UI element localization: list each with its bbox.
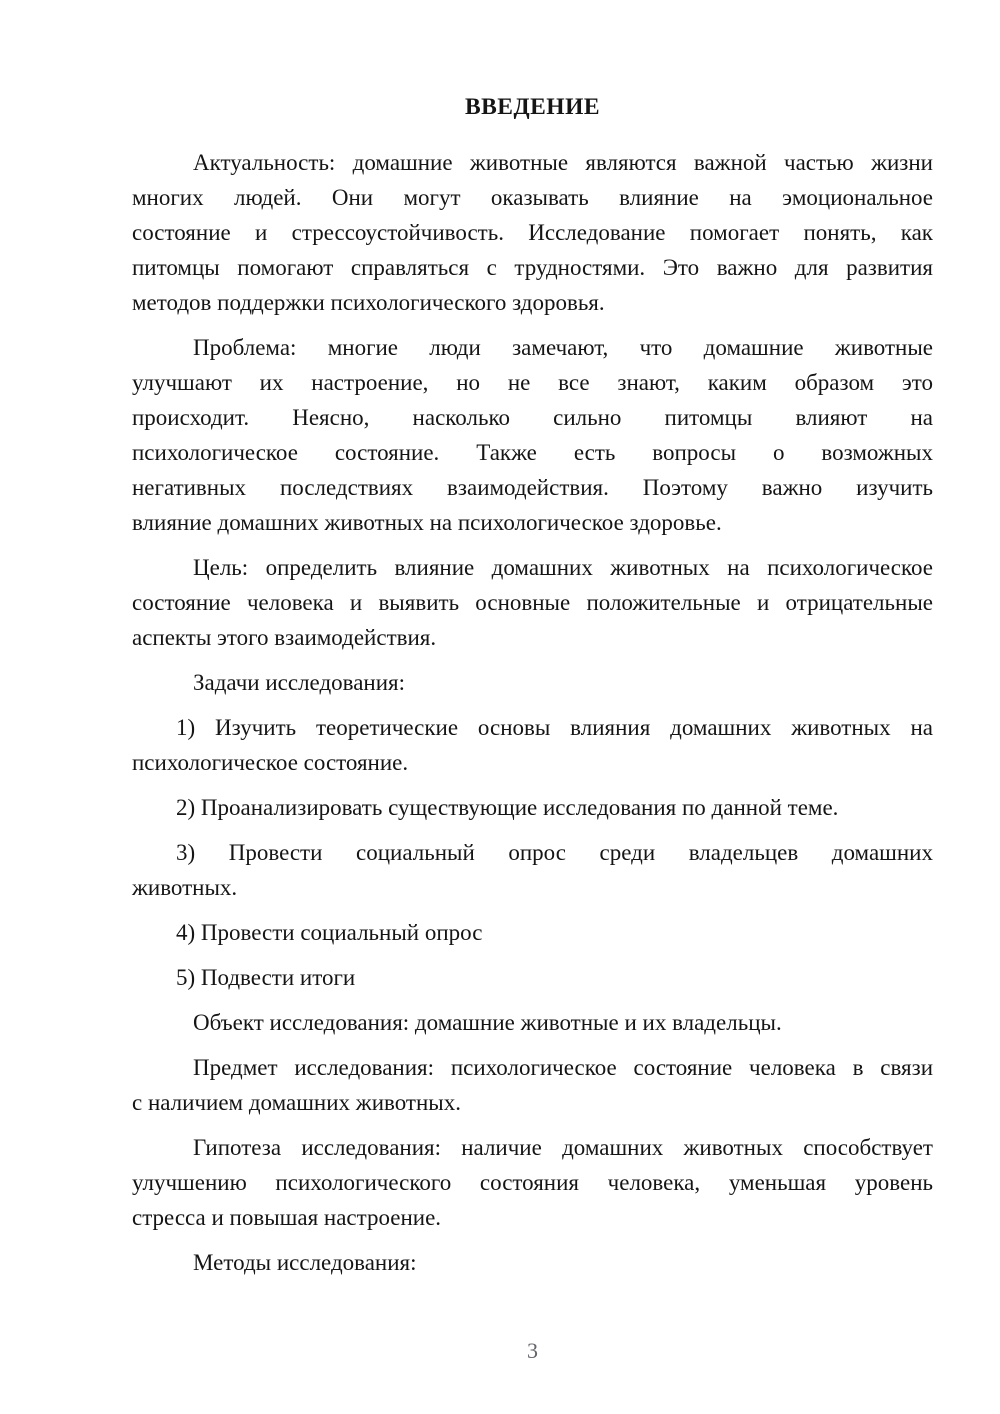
paragraph-line: методов поддержки психологического здоро… <box>132 285 933 320</box>
paragraph: Цель: определить влияние домашних животн… <box>132 550 933 655</box>
paragraph-line: Цель: определить влияние домашних животн… <box>132 550 933 585</box>
paragraph-line: психологическое состояние. <box>132 745 933 780</box>
paragraph-line: улучшению психологического состояния чел… <box>132 1165 933 1200</box>
paragraph: 1) Изучить теоретические основы влияния … <box>132 710 933 780</box>
paragraph: Проблема: многие люди замечают, что дома… <box>132 330 933 540</box>
paragraph-line: питомцы помогают справляться с трудностя… <box>132 250 933 285</box>
page-content: ВВЕДЕНИЕ Актуальность: домашние животные… <box>132 90 933 1290</box>
paragraph-line: Проблема: многие люди замечают, что дома… <box>132 330 933 365</box>
paragraph-line: животных. <box>132 870 933 905</box>
paragraph-line: влияние домашних животных на психологиче… <box>132 505 933 540</box>
paragraph: 2) Проанализировать существующие исследо… <box>132 790 933 825</box>
paragraph-line: 1) Изучить теоретические основы влияния … <box>132 710 933 745</box>
paragraph: Задачи исследования: <box>132 665 933 700</box>
paragraph-line: психологическое состояние. Также есть во… <box>132 435 933 470</box>
paragraph-line: состояние человека и выявить основные по… <box>132 585 933 620</box>
paragraph-line: многих людей. Они могут оказывать влияни… <box>132 180 933 215</box>
paragraph-line: Гипотеза исследования: наличие домашних … <box>132 1130 933 1165</box>
paragraph-line: Актуальность: домашние животные являются… <box>132 145 933 180</box>
paragraph: Гипотеза исследования: наличие домашних … <box>132 1130 933 1235</box>
paragraph: 5) Подвести итоги <box>132 960 933 995</box>
paragraph: 3) Провести социальный опрос среди владе… <box>132 835 933 905</box>
paragraph-line: аспекты этого взаимодействия. <box>132 620 933 655</box>
paragraph-line: Задачи исследования: <box>132 665 933 700</box>
paragraph-line: 4) Провести социальный опрос <box>132 915 933 950</box>
document-page: ВВЕДЕНИЕ Актуальность: домашние животные… <box>0 0 1000 1414</box>
paragraph-line: Объект исследования: домашние животные и… <box>132 1005 933 1040</box>
paragraph: Методы исследования: <box>132 1245 933 1280</box>
paragraph-line: 5) Подвести итоги <box>132 960 933 995</box>
paragraphs-container: Актуальность: домашние животные являются… <box>132 145 933 1280</box>
paragraph-line: улучшают их настроение, но не все знают,… <box>132 365 933 400</box>
page-number: 3 <box>132 1336 933 1366</box>
paragraph: Актуальность: домашние животные являются… <box>132 145 933 320</box>
paragraph-line: 2) Проанализировать существующие исследо… <box>132 790 933 825</box>
paragraph-line: стресса и повышая настроение. <box>132 1200 933 1235</box>
paragraph-line: Предмет исследования: психологическое со… <box>132 1050 933 1085</box>
section-title: ВВЕДЕНИЕ <box>132 90 933 125</box>
paragraph-line: 3) Провести социальный опрос среди владе… <box>132 835 933 870</box>
paragraph-line: Методы исследования: <box>132 1245 933 1280</box>
paragraph: Предмет исследования: психологическое со… <box>132 1050 933 1120</box>
paragraph-line: состояние и стрессоустойчивость. Исследо… <box>132 215 933 250</box>
paragraph-line: с наличием домашних животных. <box>132 1085 933 1120</box>
paragraph-line: происходит. Неясно, насколько сильно пит… <box>132 400 933 435</box>
paragraph-line: негативных последствиях взаимодействия. … <box>132 470 933 505</box>
paragraph: 4) Провести социальный опрос <box>132 915 933 950</box>
paragraph: Объект исследования: домашние животные и… <box>132 1005 933 1040</box>
